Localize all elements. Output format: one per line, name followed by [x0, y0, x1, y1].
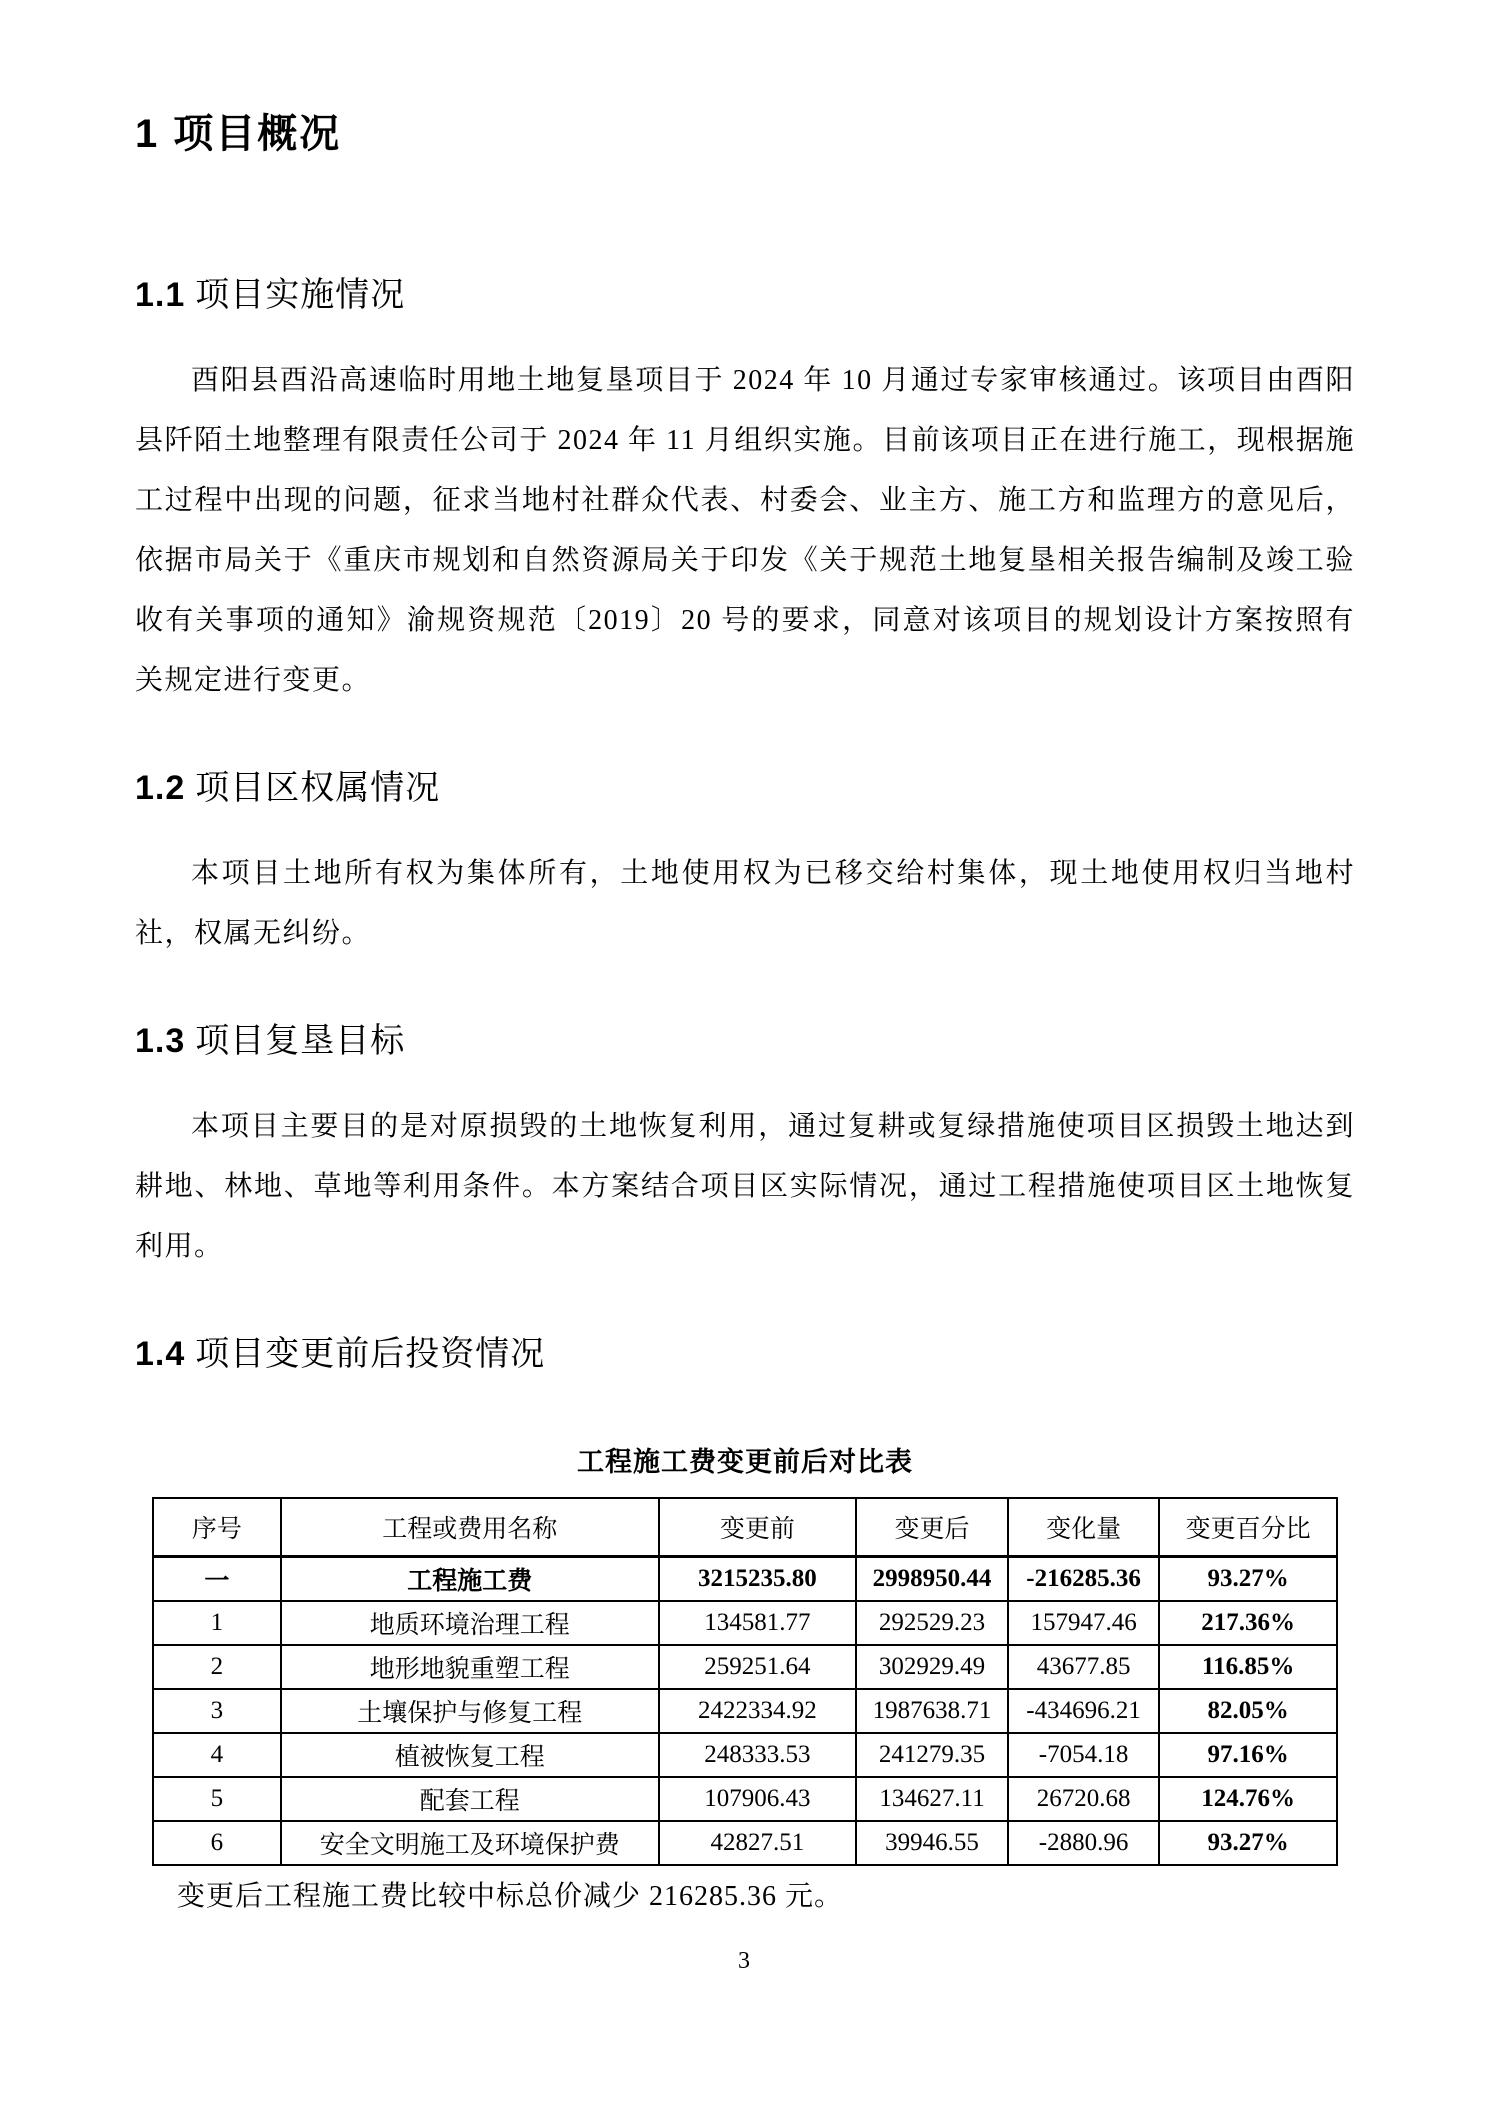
cell-name: 地形地貌重塑工程 — [281, 1645, 659, 1689]
table-row: 2 地形地貌重塑工程 259251.64 302929.49 43677.85 … — [153, 1645, 1337, 1689]
header-name: 工程或费用名称 — [281, 1498, 659, 1557]
header-before: 变更前 — [659, 1498, 857, 1557]
section-heading-1-3: 1.3项目复垦目标 — [135, 1020, 1355, 1063]
cell-change: -2880.96 — [1008, 1821, 1160, 1865]
cell-after: 1987638.71 — [856, 1689, 1008, 1733]
cell-percent: 124.76% — [1159, 1777, 1337, 1821]
table-row: 4 植被恢复工程 248333.53 241279.35 -7054.18 97… — [153, 1733, 1337, 1777]
cell-before: 2422334.92 — [659, 1689, 857, 1733]
section-number: 1.4 — [135, 1335, 185, 1373]
cell-before: 134581.77 — [659, 1601, 857, 1645]
cell-seq: 1 — [153, 1601, 281, 1645]
section-heading-1-4: 1.4项目变更前后投资情况 — [135, 1333, 1355, 1376]
cell-seq: 2 — [153, 1645, 281, 1689]
cell-seq: 6 — [153, 1821, 281, 1865]
cell-seq: 5 — [153, 1777, 281, 1821]
cell-name: 植被恢复工程 — [281, 1733, 659, 1777]
cell-change: 157947.46 — [1008, 1601, 1160, 1645]
table-row: 3 土壤保护与修复工程 2422334.92 1987638.71 -43469… — [153, 1689, 1337, 1733]
table-row: 一 工程施工费 3215235.80 2998950.44 -216285.36… — [153, 1557, 1337, 1602]
cell-name: 配套工程 — [281, 1777, 659, 1821]
header-seq: 序号 — [153, 1498, 281, 1557]
cell-percent: 97.16% — [1159, 1733, 1337, 1777]
section-number: 1.2 — [135, 769, 185, 807]
cell-seq: 3 — [153, 1689, 281, 1733]
cell-after: 241279.35 — [856, 1733, 1008, 1777]
chapter-heading: 1项目概况 — [135, 110, 1355, 158]
header-change: 变化量 — [1008, 1498, 1160, 1557]
cell-percent: 93.27% — [1159, 1821, 1337, 1865]
cell-before: 259251.64 — [659, 1645, 857, 1689]
document-page: 1项目概况 1.1项目实施情况 酉阳县酉沿高速临时用地土地复垦项目于 2024 … — [0, 0, 1488, 2104]
cell-change: -7054.18 — [1008, 1733, 1160, 1777]
table-footnote: 变更后工程施工费比较中标总价减少 216285.36 元。 — [135, 1874, 1355, 1914]
chapter-number: 1 — [135, 112, 159, 156]
cell-before: 107906.43 — [659, 1777, 857, 1821]
section-1-1-paragraph: 酉阳县酉沿高速临时用地土地复垦项目于 2024 年 10 月通过专家审核通过。该… — [135, 351, 1355, 711]
cell-before: 3215235.80 — [659, 1557, 857, 1602]
cell-percent: 116.85% — [1159, 1645, 1337, 1689]
cell-change: 43677.85 — [1008, 1645, 1160, 1689]
cell-after: 134627.11 — [856, 1777, 1008, 1821]
cell-change: 26720.68 — [1008, 1777, 1160, 1821]
table-title: 工程施工费变更前后对比表 — [135, 1440, 1355, 1479]
cell-after: 39946.55 — [856, 1821, 1008, 1865]
cell-percent: 217.36% — [1159, 1601, 1337, 1645]
section-title: 项目复垦目标 — [195, 1023, 405, 1060]
section-title: 项目变更前后投资情况 — [195, 1336, 545, 1373]
section-heading-1-1: 1.1项目实施情况 — [135, 274, 1355, 317]
chapter-title: 项目概况 — [173, 111, 341, 156]
cell-before: 248333.53 — [659, 1733, 857, 1777]
cell-percent: 82.05% — [1159, 1689, 1337, 1733]
section-heading-1-2: 1.2项目区权属情况 — [135, 767, 1355, 810]
header-after: 变更后 — [856, 1498, 1008, 1557]
cell-seq: 一 — [153, 1557, 281, 1602]
cell-name: 安全文明施工及环境保护费 — [281, 1821, 659, 1865]
table-row: 6 安全文明施工及环境保护费 42827.51 39946.55 -2880.9… — [153, 1821, 1337, 1865]
cell-change: -216285.36 — [1008, 1557, 1160, 1602]
header-percent: 变更百分比 — [1159, 1498, 1337, 1557]
cell-after: 302929.49 — [856, 1645, 1008, 1689]
cell-name: 土壤保护与修复工程 — [281, 1689, 659, 1733]
cell-percent: 93.27% — [1159, 1557, 1337, 1602]
table-row: 5 配套工程 107906.43 134627.11 26720.68 124.… — [153, 1777, 1337, 1821]
table-row: 1 地质环境治理工程 134581.77 292529.23 157947.46… — [153, 1601, 1337, 1645]
section-number: 1.1 — [135, 276, 185, 314]
cell-change: -434696.21 — [1008, 1689, 1160, 1733]
cell-name: 工程施工费 — [281, 1557, 659, 1602]
section-1-2-paragraph: 本项目土地所有权为集体所有，土地使用权为已移交给村集体，现土地使用权归当地村社，… — [135, 844, 1355, 964]
section-title: 项目区权属情况 — [195, 770, 440, 807]
cell-after: 292529.23 — [856, 1601, 1008, 1645]
cost-comparison-table: 序号 工程或费用名称 变更前 变更后 变化量 变更百分比 一 工程施工费 321… — [152, 1497, 1338, 1866]
section-number: 1.3 — [135, 1022, 185, 1060]
cell-name: 地质环境治理工程 — [281, 1601, 659, 1645]
section-title: 项目实施情况 — [195, 277, 405, 314]
page-number: 3 — [0, 1948, 1488, 1975]
section-1-3-paragraph: 本项目主要目的是对原损毁的土地恢复利用，通过复耕或复绿措施使项目区损毁土地达到耕… — [135, 1097, 1355, 1277]
cell-after: 2998950.44 — [856, 1557, 1008, 1602]
cell-before: 42827.51 — [659, 1821, 857, 1865]
table-header-row: 序号 工程或费用名称 变更前 变更后 变化量 变更百分比 — [153, 1498, 1337, 1557]
cell-seq: 4 — [153, 1733, 281, 1777]
